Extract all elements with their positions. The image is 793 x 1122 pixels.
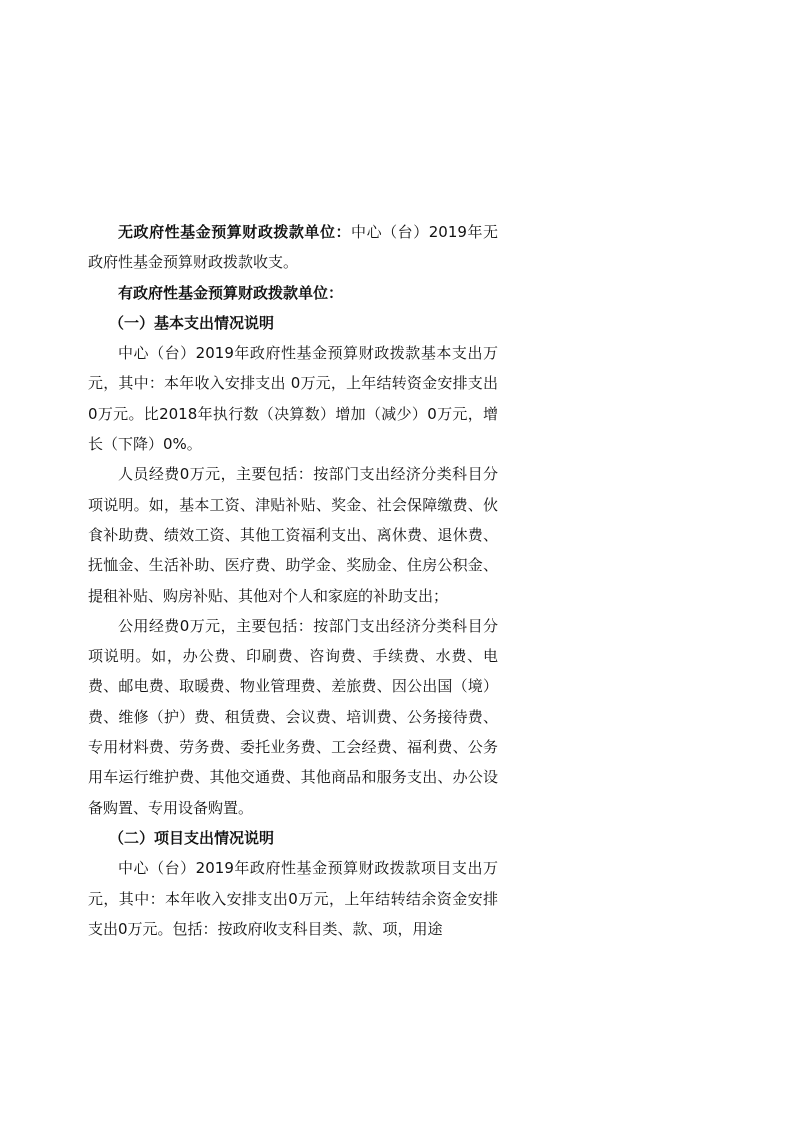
document-page: 无政府性基金预算财政拨款单位：中心（台）2019年无政府性基金预算财政拨款收支。… [88, 217, 498, 944]
paragraph-basic-expenditure: 中心（台）2019年政府性基金预算财政拨款基本支出万元，其中：本年收入安排支出 … [88, 338, 498, 459]
bold-label-has-fund: 有政府性基金预算财政拨款单位： [118, 284, 343, 302]
heading-project-expenditure: （二）项目支出情况说明 [88, 823, 498, 853]
paragraph-public-expenses: 公用经费0万元，主要包括：按部门支出经济分类科目分项说明。如，办公费、印刷费、咨… [88, 611, 498, 823]
heading-basic-expenditure: （一）基本支出情况说明 [88, 308, 498, 338]
paragraph-has-fund-units: 有政府性基金预算财政拨款单位： [88, 278, 498, 308]
bold-label-no-fund: 无政府性基金预算财政拨款单位： [118, 223, 351, 241]
paragraph-personnel-expenses: 人员经费0万元，主要包括：按部门支出经济分类科目分项说明。如，基本工资、津贴补贴… [88, 459, 498, 610]
paragraph-no-fund-units: 无政府性基金预算财政拨款单位：中心（台）2019年无政府性基金预算财政拨款收支。 [88, 217, 498, 278]
paragraph-project-expenditure: 中心（台）2019年政府性基金预算财政拨款项目支出万元，其中：本年收入安排支出0… [88, 853, 498, 944]
